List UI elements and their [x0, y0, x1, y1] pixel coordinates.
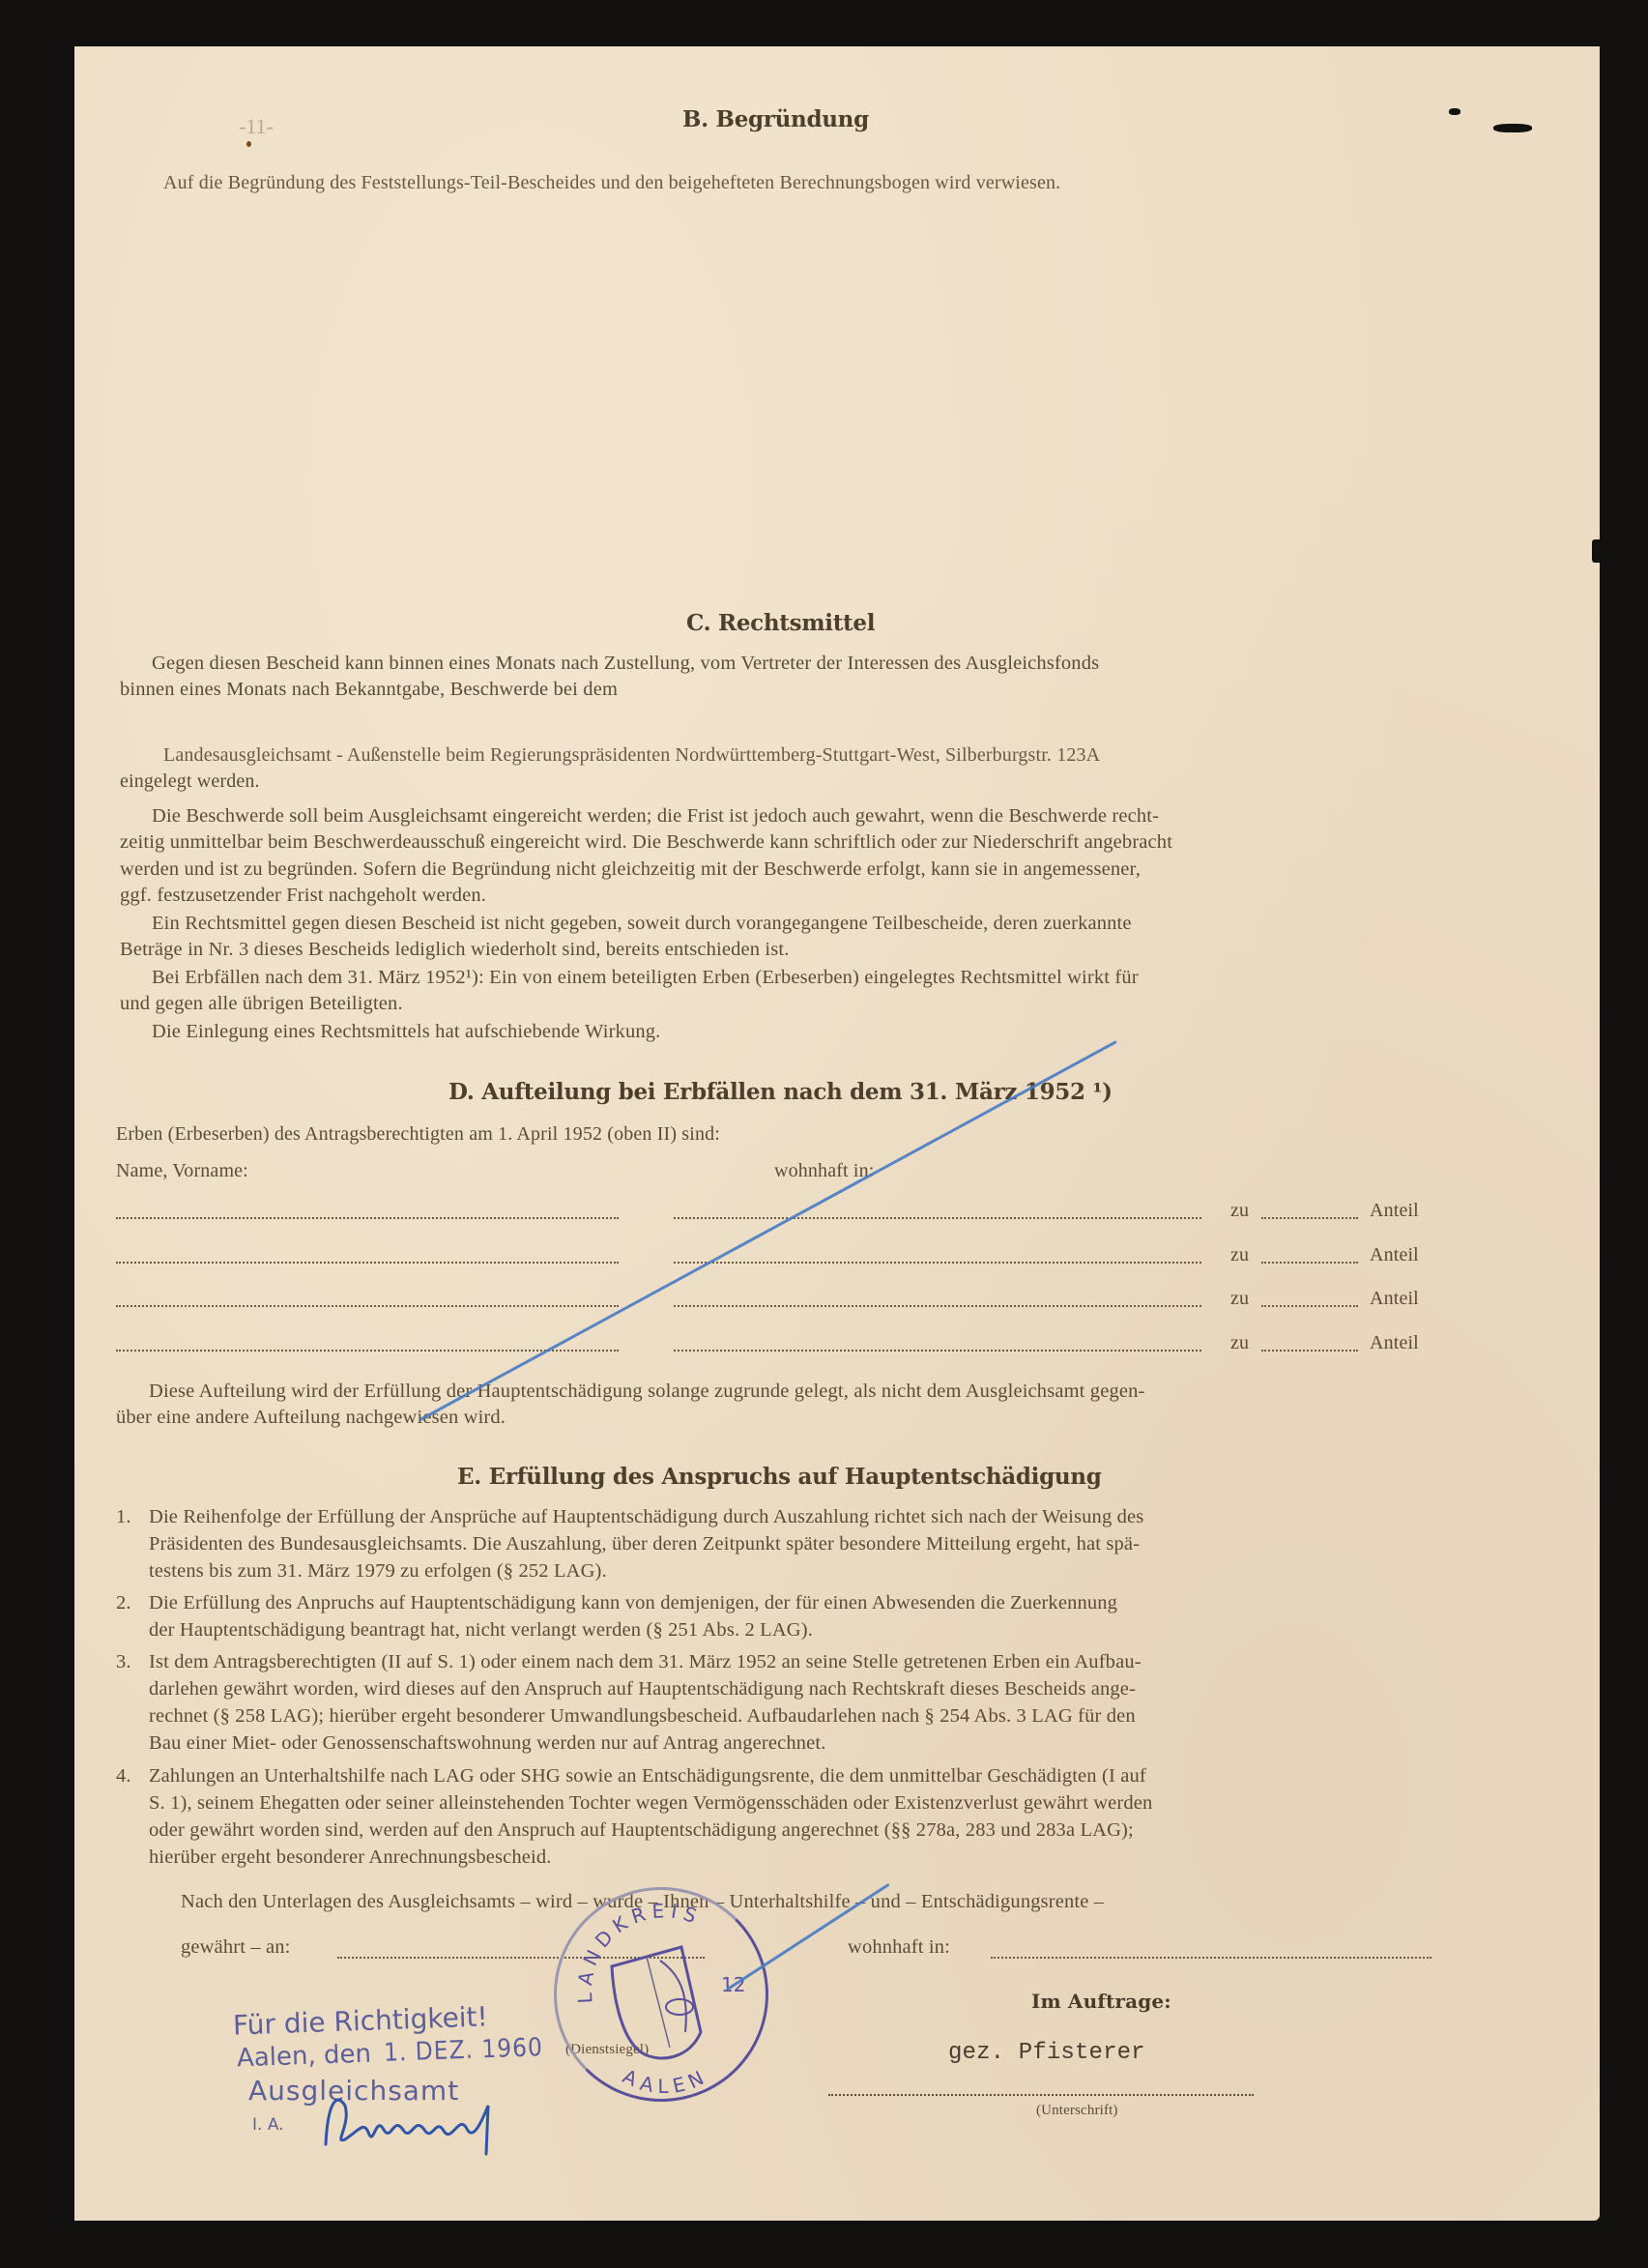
item-line: darlehen gewährt worden, wird dieses auf…	[149, 1678, 1136, 1701]
item-number: 1.	[116, 1506, 131, 1528]
section-e-heading: E. Erfüllung des Anspruchs auf Hauptents…	[457, 1464, 1102, 1490]
section-d-note-line: über eine andere Aufteilung nachgewiesen…	[116, 1407, 506, 1429]
anteil-label: Anteil	[1370, 1200, 1419, 1222]
heir-name-field[interactable]	[116, 1305, 619, 1307]
anteil-label: Anteil	[1370, 1288, 1419, 1310]
residence-label: wohnhaft in:	[848, 1936, 950, 1959]
section-d-note-line: Diese Aufteilung wird der Erfüllung der …	[149, 1381, 1144, 1403]
item-line: testens bis zum 31. März 1979 zu erfolge…	[149, 1560, 607, 1583]
document-page: -11- B. Begründung Auf die Begründung de…	[74, 46, 1600, 2221]
zu-label: zu	[1230, 1288, 1249, 1310]
heir-residence-field[interactable]	[674, 1305, 1201, 1307]
share-field[interactable]	[1261, 1305, 1358, 1307]
item-line: hierüber ergeht besonderer Anrechnungsbe…	[149, 1846, 552, 1869]
item-line: rechnet (§ 258 LAG); hierüber ergeht bes…	[149, 1705, 1136, 1728]
section-c-p4-line: und gegen alle übrigen Beteiligten.	[120, 993, 403, 1015]
zu-label: zu	[1230, 1244, 1249, 1266]
section-c-p4-line: Bei Erbfällen nach dem 31. März 1952¹): …	[152, 967, 1139, 989]
zu-label: zu	[1230, 1332, 1249, 1354]
heir-residence-field[interactable]	[674, 1217, 1201, 1219]
section-c-p2-line: werden und ist zu begründen. Sofern die …	[120, 858, 1141, 881]
section-b-text: Auf die Begründung des Feststellungs-Tei…	[163, 172, 1060, 194]
item-line: Zahlungen an Unterhaltshilfe nach LAG od…	[149, 1765, 1146, 1788]
item-line: Die Reihenfolge der Erfüllung der Ansprü…	[149, 1506, 1143, 1528]
handwritten-signature	[316, 2086, 509, 2164]
item-line: Die Erfüllung des Anpruchs auf Hauptents…	[149, 1592, 1117, 1614]
share-field[interactable]	[1261, 1262, 1358, 1264]
svg-text:AALEN: AALEN	[620, 2063, 713, 2096]
item-line: der Hauptentschädigung beantragt hat, ni…	[149, 1619, 813, 1642]
heir-residence-field[interactable]	[674, 1350, 1201, 1352]
granted-to-label: gewährt – an:	[181, 1936, 291, 1959]
item-number: 4.	[116, 1765, 131, 1788]
certification-stamp-line1: Für die Richtigkeit!	[233, 2000, 489, 2041]
section-c-p1-line1: Gegen diesen Bescheid kann binnen eines …	[152, 653, 1099, 675]
heir-name-field[interactable]	[116, 1262, 619, 1264]
heirs-intro: Erben (Erbeserben) des Antragsberechtigt…	[116, 1123, 720, 1146]
anteil-label: Anteil	[1370, 1332, 1419, 1354]
heir-name-field[interactable]	[116, 1217, 619, 1219]
share-field[interactable]	[1261, 1217, 1358, 1219]
on-behalf-label: Im Auftrage:	[1031, 1990, 1171, 2013]
item-line: oder gewährt worden sind, werden auf den…	[149, 1819, 1134, 1842]
section-c-p2-line: ggf. festzusetzender Frist nachgeholt we…	[120, 885, 486, 907]
signature-caption: (Unterschrift)	[1036, 2103, 1118, 2119]
item-line: Bau einer Miet- oder Genossenschaftswohn…	[149, 1732, 826, 1755]
certification-stamp-line2: Aalen, den	[237, 2040, 372, 2074]
section-c-p3-line: Ein Rechtsmittel gegen diesen Bescheid i…	[152, 913, 1132, 935]
typed-signature: gez. Pfisterer	[948, 2040, 1145, 2066]
seal-bottom-text: AALEN	[620, 2063, 713, 2096]
official-seal: LANDKREIS AALEN 12	[554, 1887, 768, 2102]
ink-spot	[246, 141, 251, 147]
edge-notch	[1592, 539, 1602, 563]
item-line: Präsidenten des Bundesausgleichsamts. Di…	[149, 1533, 1140, 1556]
zu-label: zu	[1230, 1200, 1249, 1222]
section-b-heading: B. Begründung	[682, 106, 869, 132]
column-name-label: Name, Vorname:	[116, 1160, 248, 1182]
seal-top-text: LANDKREIS	[573, 1899, 706, 2004]
signature-line	[828, 2094, 1254, 2096]
item-number: 2.	[116, 1592, 131, 1614]
section-c-p2-line: Die Beschwerde soll beim Ausgleichsamt e…	[152, 805, 1159, 828]
section-c-p2-line: zeitig unmittelbar beim Beschwerdeaussch…	[120, 831, 1172, 854]
hole-mark	[1449, 108, 1460, 115]
section-c-p1-line2: binnen eines Monats nach Bekanntgabe, Be…	[120, 679, 618, 701]
item-line: S. 1), seinem Ehegatten oder seiner alle…	[149, 1792, 1152, 1815]
certification-stamp-line4: I. A.	[252, 2115, 284, 2135]
section-c-p3-line: Beträge in Nr. 3 dieses Bescheids ledigl…	[120, 939, 790, 961]
section-d-heading: D. Aufteilung bei Erbfällen nach dem 31.…	[448, 1079, 1113, 1105]
residence-field[interactable]	[991, 1957, 1431, 1959]
item-line: Ist dem Antragsberechtigten (II auf S. 1…	[149, 1651, 1142, 1673]
svg-text:LANDKREIS: LANDKREIS	[573, 1899, 706, 2004]
section-c-p5: Die Einlegung eines Rechtsmittels hat au…	[152, 1021, 660, 1043]
item-number: 3.	[116, 1651, 131, 1673]
appeal-authority-line2: eingelegt werden.	[120, 771, 260, 793]
heir-residence-field[interactable]	[674, 1262, 1201, 1264]
appeal-authority: Landesausgleichsamt - Außenstelle beim R…	[163, 744, 1100, 767]
anteil-label: Anteil	[1370, 1244, 1419, 1266]
share-field[interactable]	[1261, 1350, 1358, 1352]
hole-mark	[1493, 124, 1532, 132]
certification-date: 1. DEZ. 1960	[384, 2033, 544, 2068]
section-c-heading: C. Rechtsmittel	[686, 610, 875, 636]
page-marker: -11-	[239, 114, 274, 139]
